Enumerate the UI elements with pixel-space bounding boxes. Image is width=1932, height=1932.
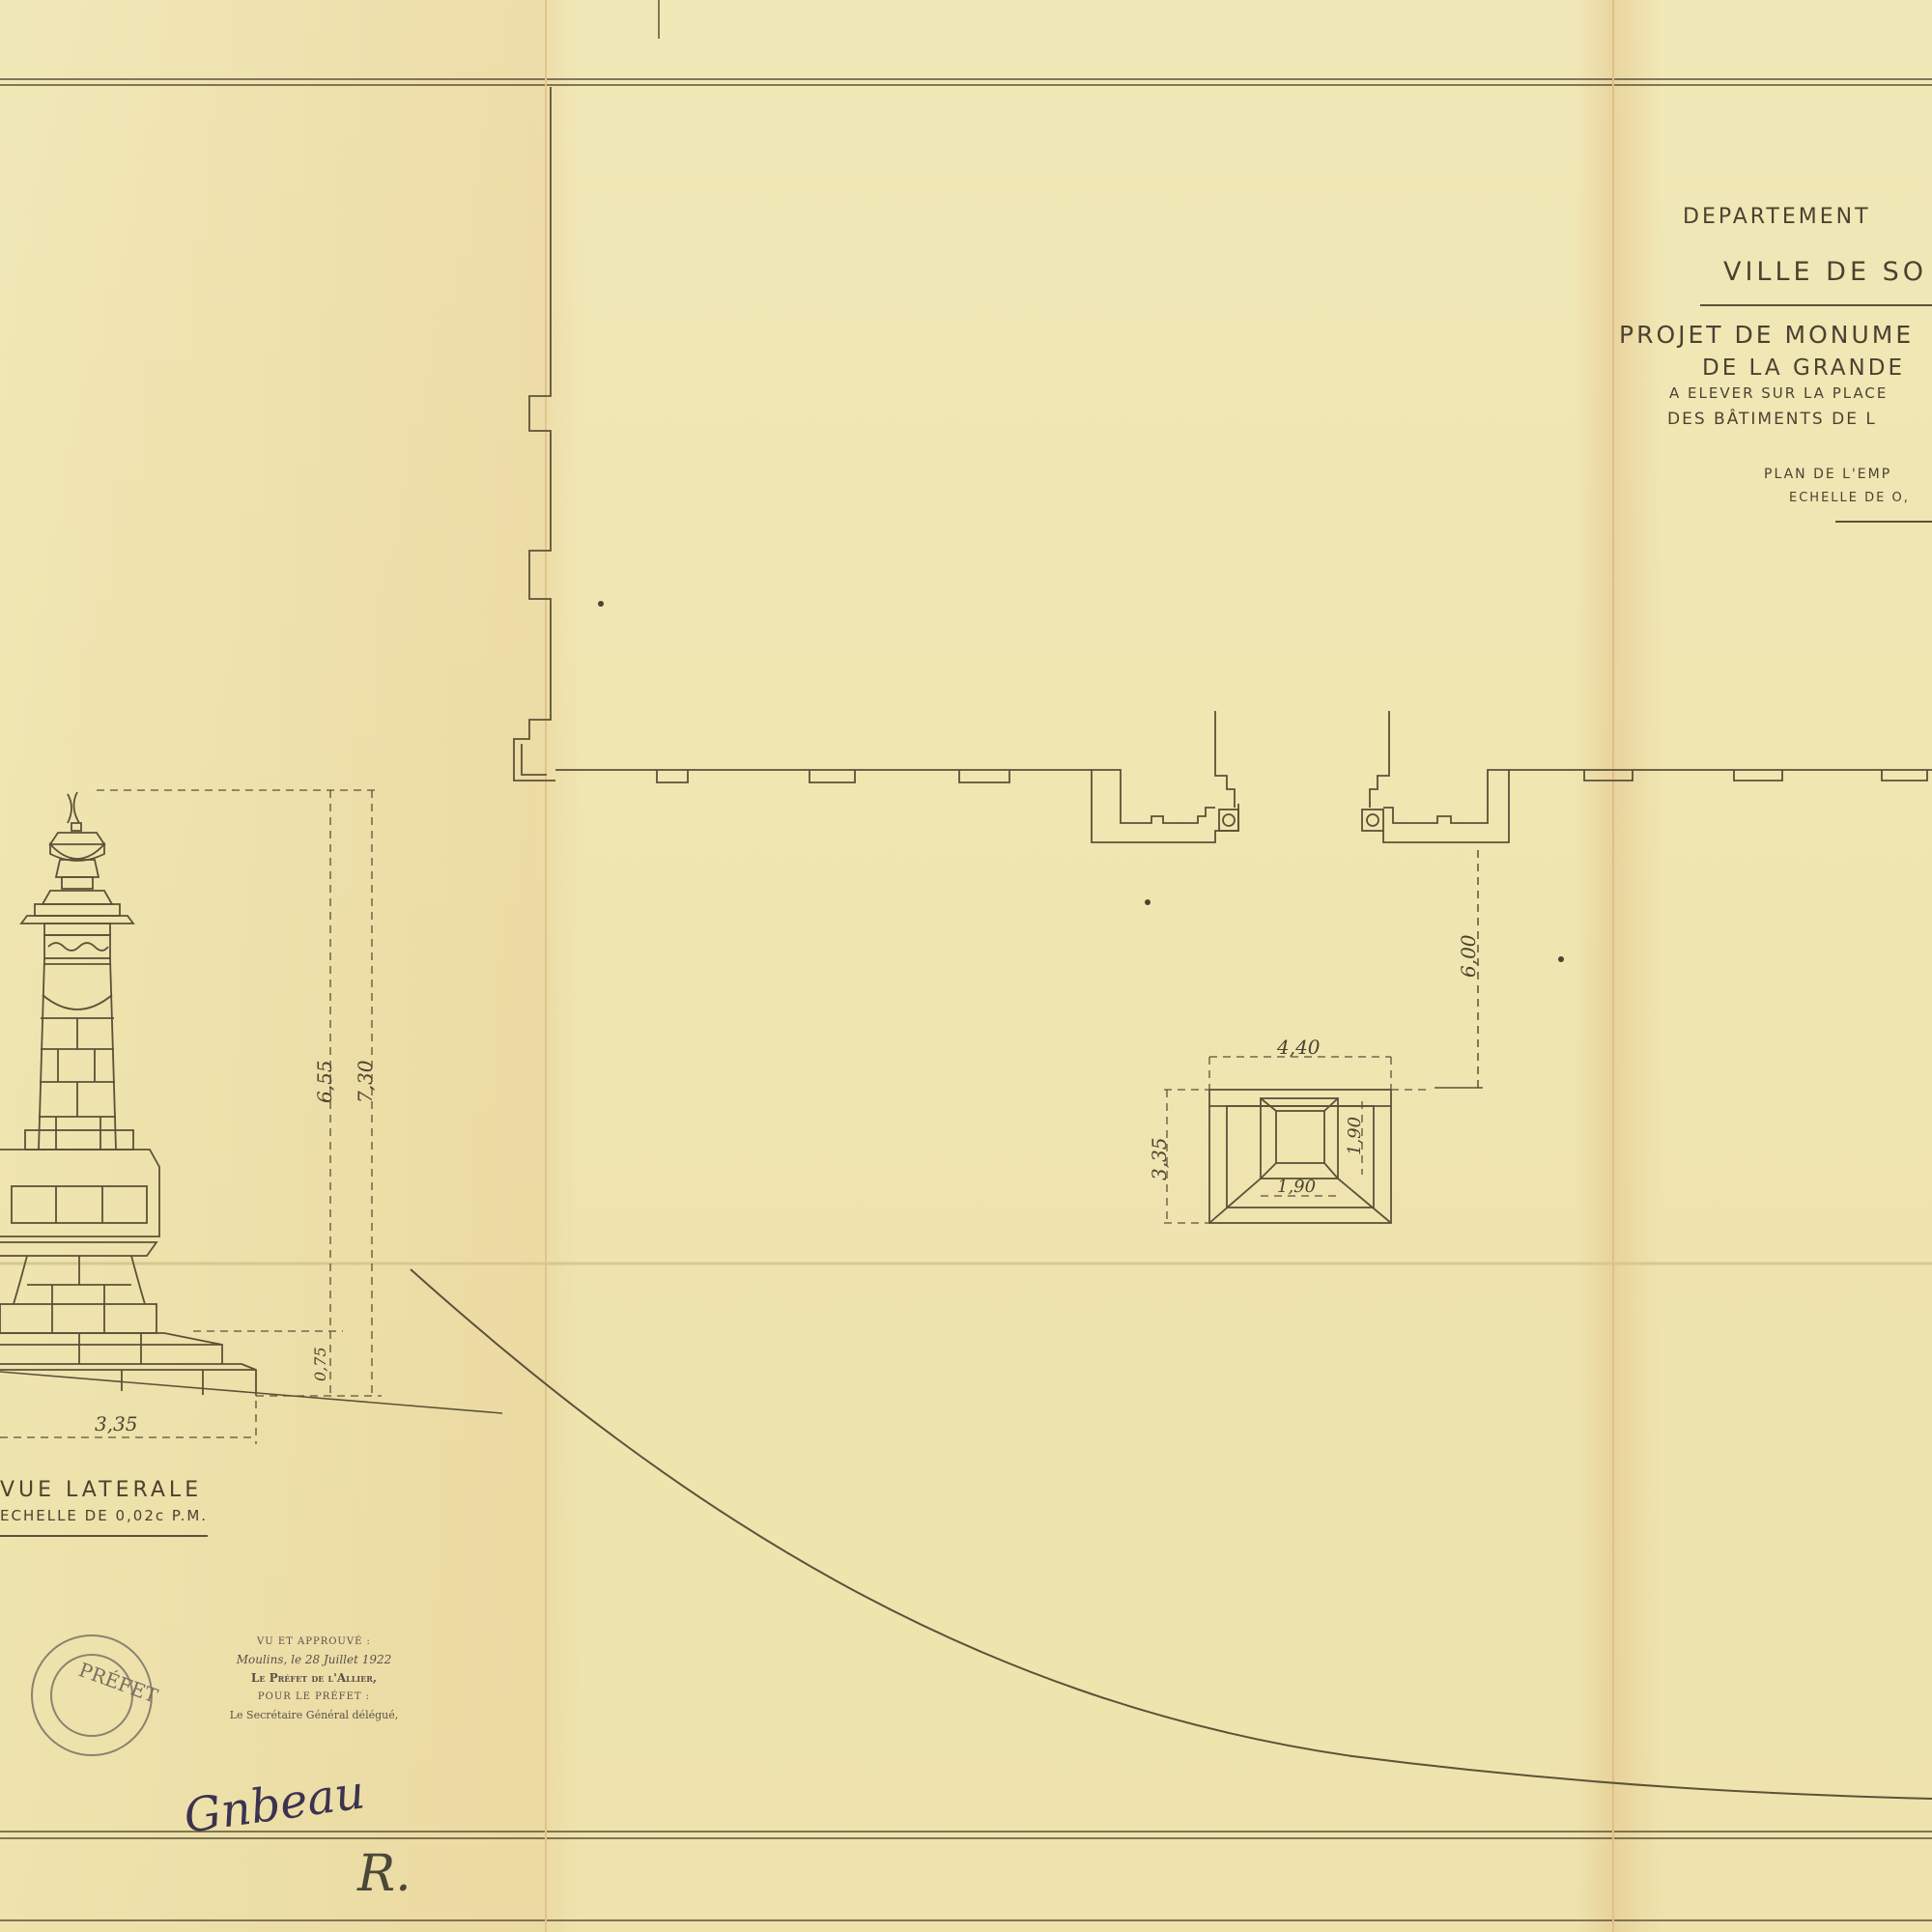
title-de-la-grande: DE LA GRANDE xyxy=(1702,355,1905,381)
dim-inner-width: 1,90 xyxy=(1277,1177,1316,1197)
title-projet: PROJET DE MONUME xyxy=(1619,321,1914,349)
approval-stamp: VU ET APPROUVÉ : Moulins, le 28 Juillet … xyxy=(193,1633,435,1724)
dim-distance: 6,00 xyxy=(1457,934,1480,978)
approval-secretaire: Le Secrétaire Général délégué, xyxy=(193,1706,435,1724)
dim-shaft-height: 6,55 xyxy=(313,1060,336,1103)
dim-base-step: 0,75 xyxy=(311,1347,329,1381)
approval-place-date: Moulins, le 28 Juillet 1922 xyxy=(193,1651,435,1669)
dim-inner-depth: 1,90 xyxy=(1345,1117,1365,1155)
title-a-elever: A ELEVER SUR LA PLACE xyxy=(1669,384,1888,402)
approval-prefet: Le Préfet de l'Allier, xyxy=(193,1669,435,1688)
lateral-view-title: VUE LATERALE xyxy=(0,1478,202,1502)
approval-pour: POUR LE PRÉFET : xyxy=(193,1688,435,1706)
plan-scale: ECHELLE DE O, xyxy=(1789,491,1910,505)
dim-footprint-width: 4,40 xyxy=(1277,1036,1321,1059)
title-ville: VILLE DE SO xyxy=(1723,257,1927,287)
lateral-view-scale: ECHELLE DE 0,02c P.M. xyxy=(0,1507,208,1524)
dim-footprint-depth: 3,35 xyxy=(1148,1137,1171,1180)
title-des-batiments: DES BÂTIMENTS DE L xyxy=(1667,410,1877,429)
approval-vu: VU ET APPROUVÉ : xyxy=(193,1633,435,1651)
dim-width: 3,35 xyxy=(95,1412,138,1435)
title-departement: DEPARTEMENT xyxy=(1683,205,1871,229)
plan-label: PLAN DE L'EMP xyxy=(1764,467,1891,482)
dim-total-height: 7,30 xyxy=(354,1060,377,1103)
initial-mark: R. xyxy=(357,1845,412,1903)
